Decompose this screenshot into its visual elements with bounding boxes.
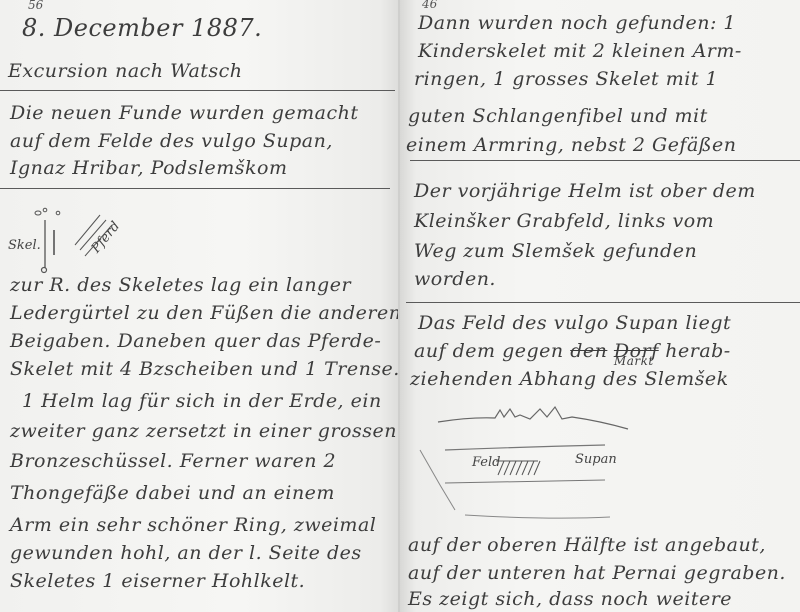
left-notebook-page: 56 8. December 1887. Excursion nach Wats… bbox=[0, 0, 400, 612]
text-line: ringen, 1 grosses Skelet mit 1 bbox=[414, 68, 718, 90]
divider bbox=[410, 160, 800, 161]
text-line: auf der unteren hat Pernai gegraben. bbox=[408, 562, 786, 584]
text-line: Kinderskelet mit 2 kleinen Arm- bbox=[418, 40, 742, 62]
burial-sketch bbox=[30, 200, 130, 280]
text-line: Es zeigt sich, dass noch weitere bbox=[408, 588, 732, 610]
text-line: Ignaz Hribar, Podslemškom bbox=[10, 157, 288, 179]
entry-date: 8. December 1887. bbox=[22, 14, 262, 42]
text-line: Der vorjährige Helm ist ober dem bbox=[414, 180, 756, 202]
inserted-word: Markt bbox=[614, 354, 654, 368]
text-line: Ledergürtel zu den Füßen die anderen bbox=[10, 302, 400, 324]
text-line: einem Armring, nebst 2 Gefäßen bbox=[406, 134, 736, 156]
entry-title: Excursion nach Watsch bbox=[8, 60, 243, 82]
right-notebook-page: 46 Dann wurden noch gefunden: 1 Kindersk… bbox=[400, 0, 800, 612]
divider bbox=[0, 90, 395, 91]
field-label: Feld bbox=[472, 455, 500, 470]
divider bbox=[406, 302, 800, 303]
text-line: Thongefäße dabei und an einem bbox=[10, 482, 335, 504]
text-line: zur R. des Skeletes lag ein langer bbox=[10, 274, 351, 296]
page-number: 56 bbox=[28, 0, 43, 12]
text-line: ziehenden Abhang des Slemšek bbox=[410, 368, 729, 390]
divider bbox=[0, 188, 390, 189]
page-number: 46 bbox=[422, 0, 437, 11]
text-line: Das Feld des vulgo Supan liegt bbox=[418, 312, 731, 334]
text-line: Beigaben. Daneben quer das Pferde- bbox=[10, 330, 381, 352]
text-line: Skeletes 1 eiserner Hohlkelt. bbox=[10, 570, 305, 592]
text-line: Skelet mit 4 Bzscheiben und 1 Trense. bbox=[10, 358, 400, 380]
text-line: Weg zum Slemšek gefunden bbox=[414, 240, 697, 262]
field-location-sketch bbox=[400, 395, 660, 515]
text-line: Kleinšker Grabfeld, links vom bbox=[414, 210, 714, 232]
text-line: zweiter ganz zersetzt in einer grossen bbox=[10, 420, 397, 442]
text-line: auf dem Felde des vulgo Supan, bbox=[10, 130, 333, 152]
text-line-with-correction: auf dem gegen den Dorf Markt herab- bbox=[414, 340, 731, 362]
text-line: gewunden hohl, an der l. Seite des bbox=[10, 542, 362, 564]
text-fragment: auf dem gegen bbox=[414, 340, 564, 362]
text-line: guten Schlangenfibel und mit bbox=[408, 105, 708, 127]
text-line: 1 Helm lag für sich in der Erde, ein bbox=[22, 390, 382, 412]
text-line: Bronzeschüssel. Ferner waren 2 bbox=[10, 450, 336, 472]
supan-label: Supan bbox=[575, 452, 617, 467]
text-line: worden. bbox=[414, 268, 496, 290]
text-line: Dann wurden noch gefunden: 1 bbox=[418, 12, 736, 34]
text-line: auf der oberen Hälfte ist angebaut, bbox=[408, 534, 766, 556]
text-line: Die neuen Funde wurden gemacht bbox=[10, 102, 358, 124]
text-fragment: herab- bbox=[665, 340, 730, 362]
text-line: Arm ein sehr schöner Ring, zweimal bbox=[10, 514, 376, 536]
struck-word: den bbox=[570, 340, 607, 362]
